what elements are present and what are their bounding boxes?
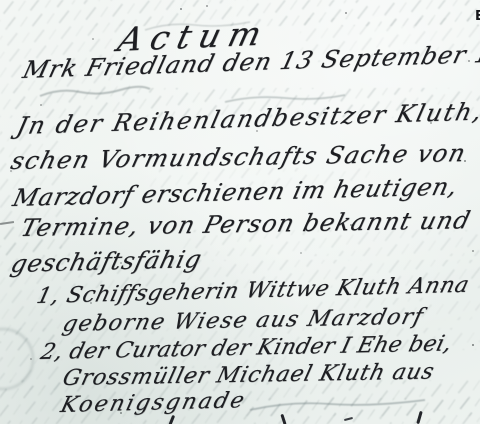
list-item-2-place: Koenigsgnade — [58, 388, 249, 418]
faint-stamp-mark — [0, 328, 34, 390]
list-item-1-continued: geborne Wiese aus Marzdorf — [60, 304, 427, 337]
body-line-1: Jn der Reihenlandbesitzer Kluth, — [14, 97, 480, 140]
manuscript-page: Actum Mrk Friedland den 13 September 185… — [0, 0, 480, 424]
cutoff-line-fragment — [344, 417, 353, 421]
list-item-2-continued: Grossmüller Michael Kluth aus — [60, 360, 437, 391]
body-line-3: Marzdorf erschienen im heutigen, — [10, 172, 461, 212]
list-item-1-widow-kluth: 1, Schiffsgeherin Wittwe Kluth Anna — [34, 273, 472, 309]
margin-dash-mark — [0, 221, 14, 225]
cutoff-line-fragment — [416, 411, 422, 424]
cutoff-line-fragment — [280, 414, 286, 424]
body-line-2: schen Vormundschafts Sache von — [8, 139, 470, 175]
cutoff-line-fragment — [168, 415, 175, 424]
body-line-5: geschäftsfähig — [8, 245, 205, 278]
page-edge-mark: E — [475, 9, 480, 23]
body-line-4: Termine, von Person bekannt und — [18, 206, 474, 242]
ink-speckles — [0, 0, 2, 2]
